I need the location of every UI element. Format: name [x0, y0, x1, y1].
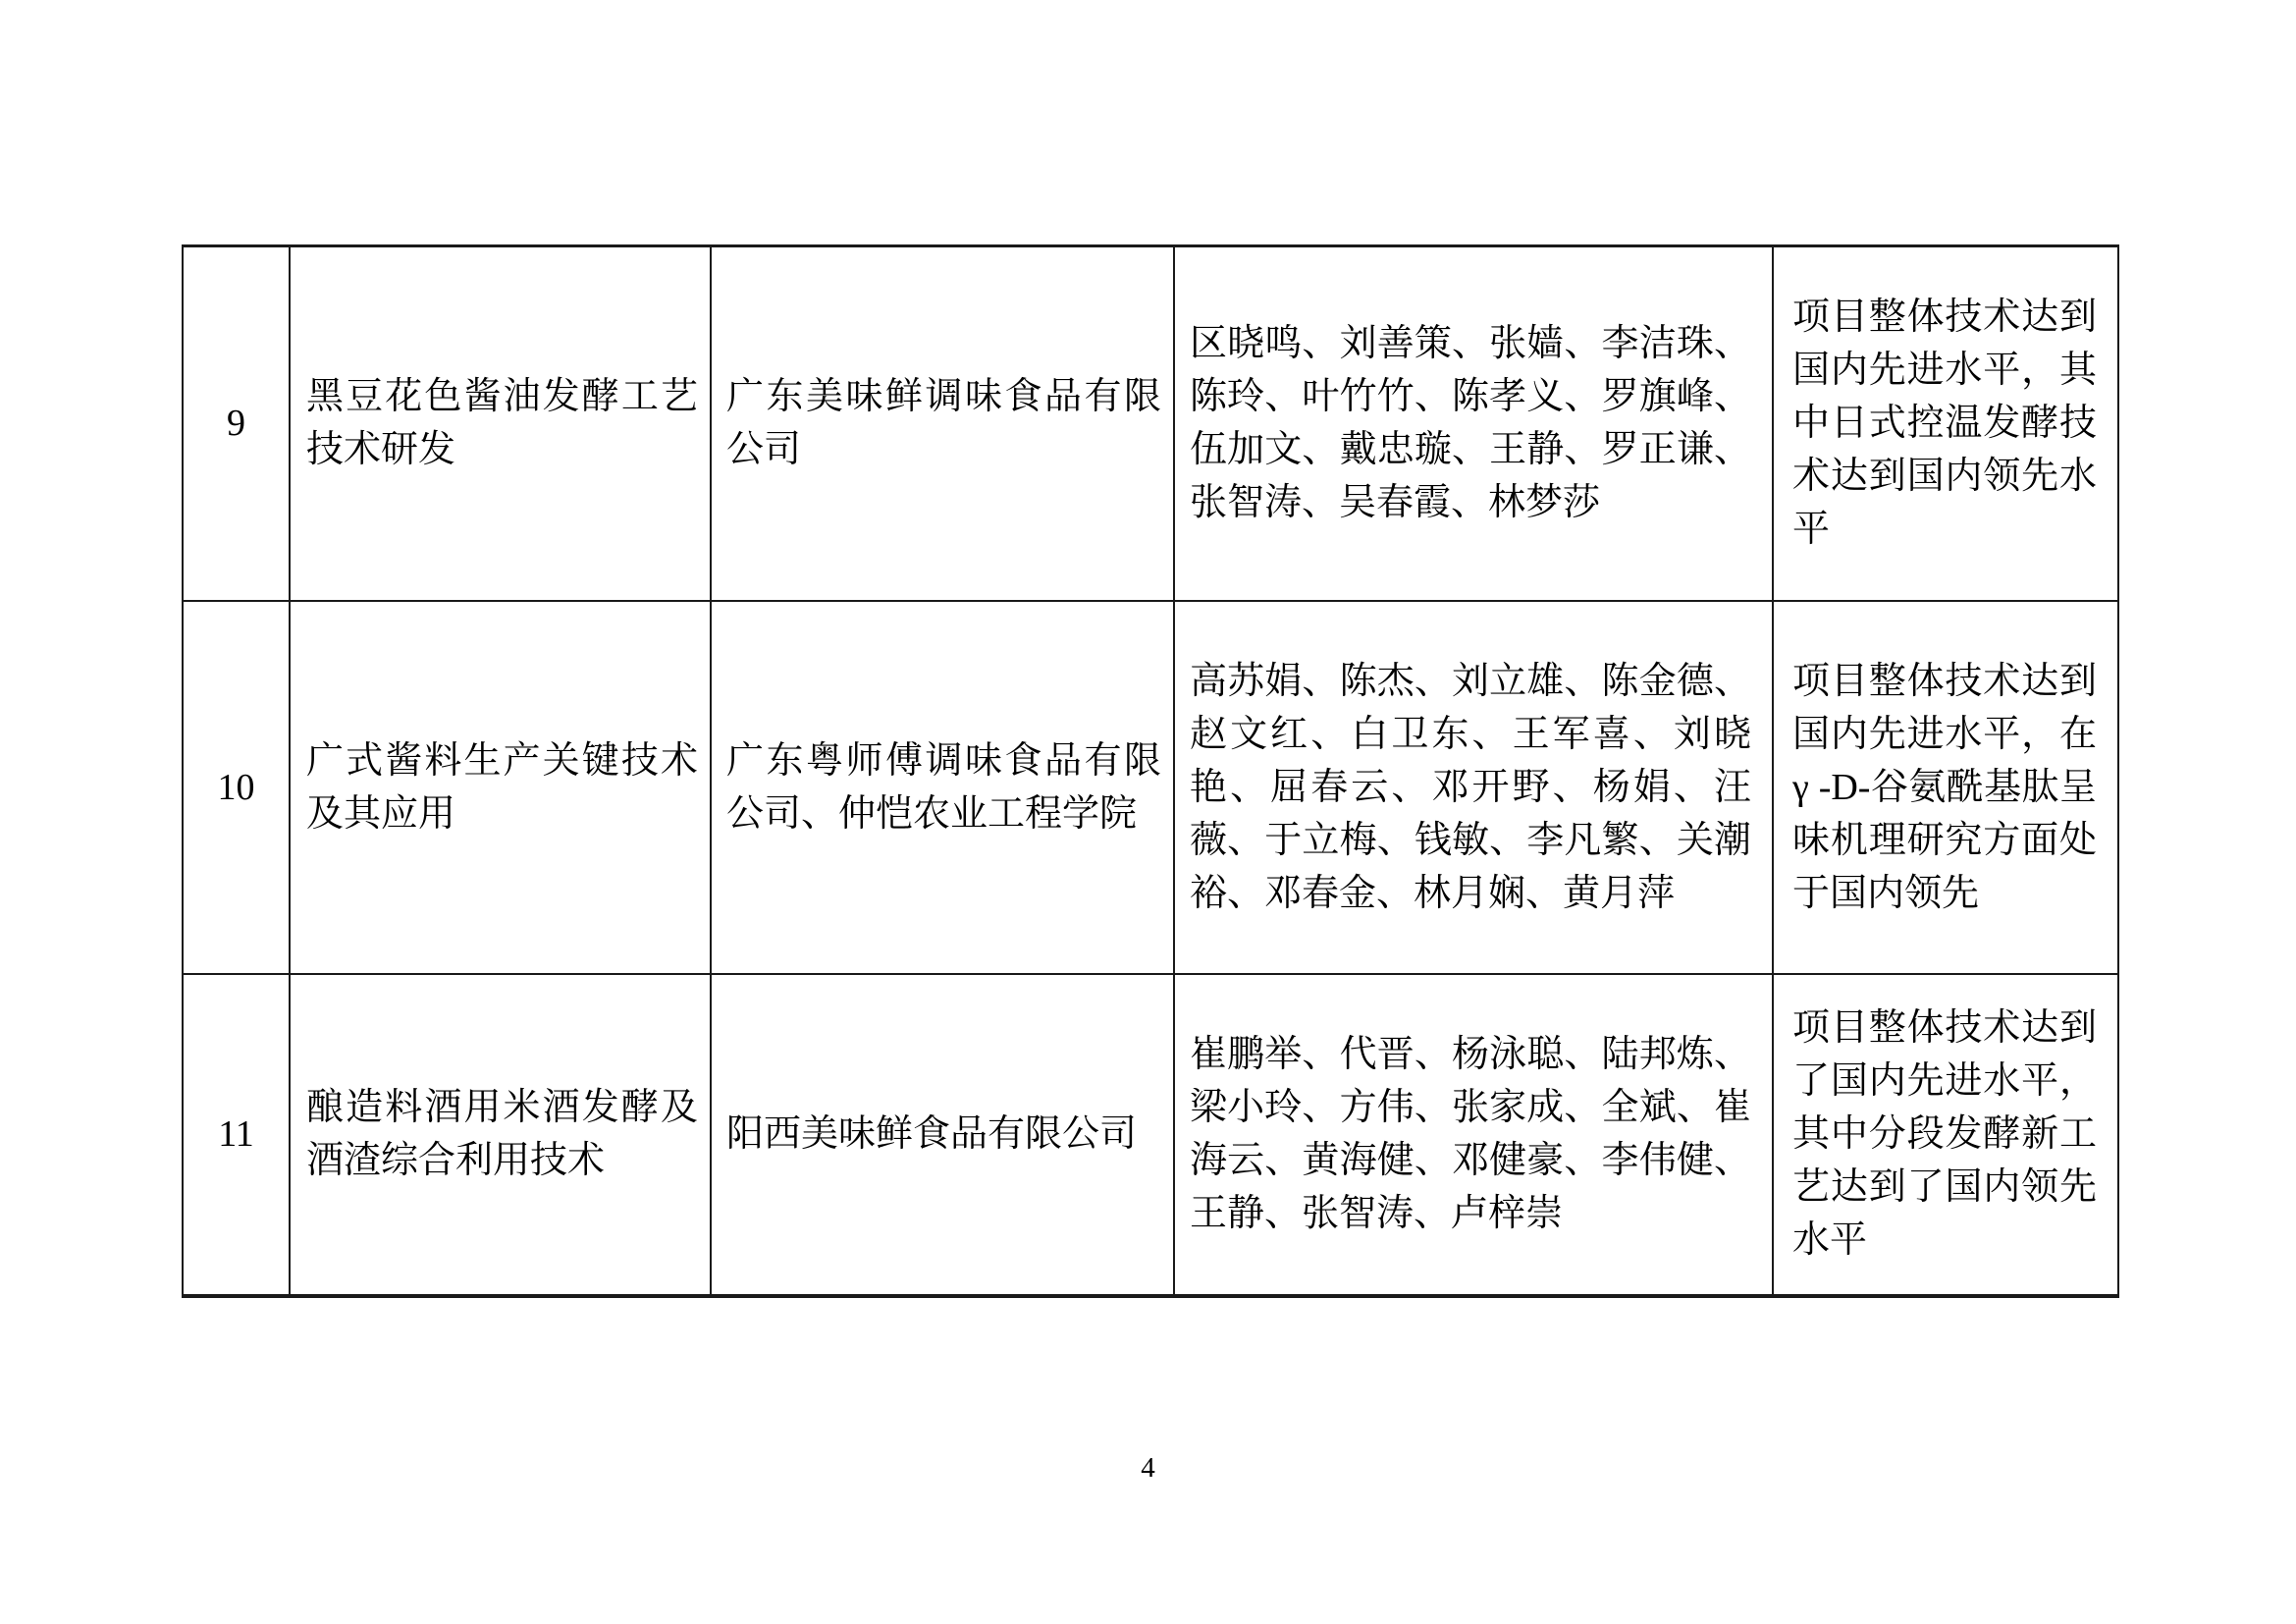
appraisal-conclusion-cell: 项目整体技术达到国内先进水平，其中日式控温发酵技术达到国内领先水平	[1773, 246, 2118, 601]
table-row: 9 黑豆花色酱油发酵工艺技术研发 广东美味鲜调味食品有限公司 区晓鸣、刘善策、张…	[183, 246, 2118, 601]
team-members-cell: 高苏娟、陈杰、刘立雄、陈金德、赵文红、白卫东、王军喜、刘晓艳、屈春云、邓开野、杨…	[1174, 601, 1773, 974]
row-number-cell: 11	[183, 974, 290, 1296]
undertaking-unit-cell: 广东粤师傅调味食品有限公司、仲恺农业工程学院	[711, 601, 1174, 974]
table-row: 11 酿造料酒用米酒发酵及酒渣综合利用技术 阳西美味鲜食品有限公司 崔鹏举、代晋…	[183, 974, 2118, 1296]
undertaking-unit-cell: 广东美味鲜调味食品有限公司	[711, 246, 1174, 601]
row-number-cell: 9	[183, 246, 290, 601]
document-page: 9 黑豆花色酱油发酵工艺技术研发 广东美味鲜调味食品有限公司 区晓鸣、刘善策、张…	[0, 0, 2296, 1624]
table-row: 10 广式酱料生产关键技术及其应用 广东粤师傅调味食品有限公司、仲恺农业工程学院…	[183, 601, 2118, 974]
project-title-cell: 黑豆花色酱油发酵工艺技术研发	[290, 246, 711, 601]
team-members-cell: 区晓鸣、刘善策、张嫱、李洁珠、陈玲、叶竹竹、陈孝义、罗旗峰、伍加文、戴忠璇、王静…	[1174, 246, 1773, 601]
appraisal-conclusion-cell: 项目整体技术达到国内先进水平，在γ -D-谷氨酰基肽呈味机理研究方面处于国内领先	[1773, 601, 2118, 974]
page-number: 4	[1141, 1451, 1155, 1485]
project-title-cell: 广式酱料生产关键技术及其应用	[290, 601, 711, 974]
project-title-cell: 酿造料酒用米酒发酵及酒渣综合利用技术	[290, 974, 711, 1296]
row-number-cell: 10	[183, 601, 290, 974]
appraisal-conclusion-cell: 项目整体技术达到了国内先进水平，其中分段发酵新工艺达到了国内领先水平	[1773, 974, 2118, 1296]
appraisal-results-table: 9 黑豆花色酱油发酵工艺技术研发 广东美味鲜调味食品有限公司 区晓鸣、刘善策、张…	[182, 244, 2119, 1298]
undertaking-unit-cell: 阳西美味鲜食品有限公司	[711, 974, 1174, 1296]
team-members-cell: 崔鹏举、代晋、杨泳聪、陆邦炼、梁小玲、方伟、张家成、全斌、崔海云、黄海健、邓健豪…	[1174, 974, 1773, 1296]
